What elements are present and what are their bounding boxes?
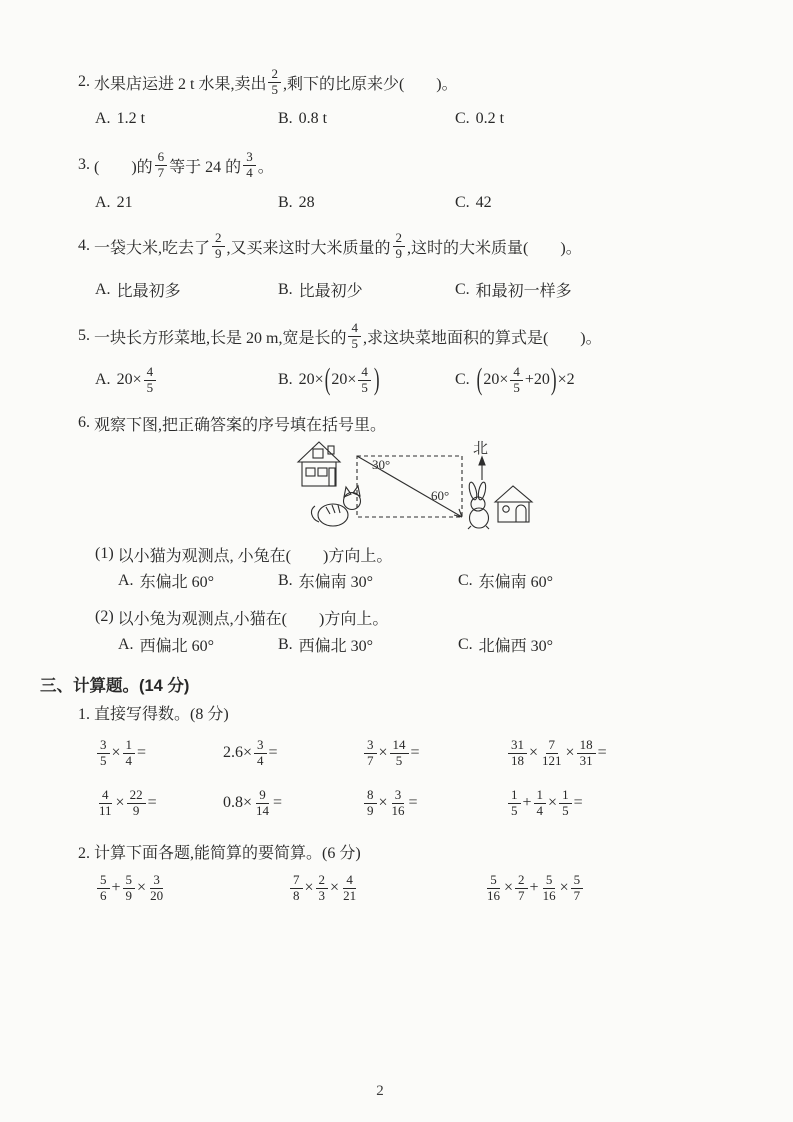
fraction: 516 xyxy=(541,873,558,904)
fraction: 45 xyxy=(348,321,361,352)
calc-item: 411×229= xyxy=(95,781,157,825)
text-run: = xyxy=(148,794,157,812)
option-value: 西偏北 30° xyxy=(299,633,373,656)
section-3-heading: 三、计算题。(14 分) xyxy=(40,672,189,696)
question-number: 4. xyxy=(78,237,90,255)
text-run: × xyxy=(560,879,569,897)
option-value: 42 xyxy=(476,194,492,212)
north-arrow-icon xyxy=(479,457,485,480)
question-text: 观察下图,把正确答案的序号填在括号里。 xyxy=(94,412,386,435)
fraction: 3118 xyxy=(508,738,527,769)
fraction: 229 xyxy=(127,788,146,819)
fraction: 78 xyxy=(290,873,303,904)
calc-item: 35×14= xyxy=(95,731,146,775)
worksheet-page: 2. 水果店运进 2 t 水果,卖出25,剩下的比原来少( )。 A. 1.2 … xyxy=(0,0,793,1122)
angle-bottom-label: 60° xyxy=(431,488,449,503)
fraction: 89 xyxy=(364,788,377,819)
house-icon-right xyxy=(495,486,532,522)
text-run: ,求这块菜地面积的算式是( )。 xyxy=(363,325,602,348)
text-run: 东偏南 60° xyxy=(479,569,553,592)
option-value: 比最初少 xyxy=(299,278,363,301)
question-6-2-stem: (2) 以小兔为观测点,小猫在( )方向上。 xyxy=(95,606,388,628)
calc-item: 37×145= xyxy=(362,731,420,775)
text-run: 东偏北 60° xyxy=(140,569,214,592)
text-run: 0.8× xyxy=(223,794,252,812)
option-c: C. 42 xyxy=(455,194,492,212)
text-run: + xyxy=(112,879,121,897)
question-text: 一袋大米,吃去了29,又买来这时大米质量的29,这时的大米质量( )。 xyxy=(94,231,582,262)
question-number: 2. xyxy=(78,73,90,91)
question-number: 6. xyxy=(78,414,90,432)
question-3-options: A. 21 B. 28 C. 42 xyxy=(95,194,492,212)
fraction: 320 xyxy=(148,873,165,904)
text-run: + xyxy=(523,794,532,812)
question-text: 以小兔为观测点,小猫在( )方向上。 xyxy=(118,606,389,629)
text-run: × xyxy=(379,794,388,812)
text-run: × xyxy=(548,794,557,812)
option-c: C. (20×45+20)×2 xyxy=(455,365,575,396)
text-run: 20× xyxy=(117,371,142,389)
option-value: 西偏北 60° xyxy=(140,633,214,656)
question-text: 以小猫为观测点, 小兔在( )方向上。 xyxy=(118,543,393,566)
text-run: × xyxy=(379,744,388,762)
text-run: 21 xyxy=(117,194,133,212)
text-run: 比最初多 xyxy=(117,278,181,301)
option-b: B. 0.8 t xyxy=(278,110,455,128)
fraction: 421 xyxy=(341,873,358,904)
text-run: 28 xyxy=(299,194,315,212)
fraction: 29 xyxy=(212,231,225,262)
option-label: C. xyxy=(455,371,470,389)
option-label: B. xyxy=(278,110,293,128)
calc-item: 56+59×320 xyxy=(95,866,167,910)
text-run: 20× xyxy=(299,371,324,389)
text-run: + xyxy=(530,879,539,897)
option-label: A. xyxy=(95,110,111,128)
question-text: ( )的67等于 24 的34。 xyxy=(94,150,274,181)
text-run: 水果店运进 2 t 水果,卖出 xyxy=(94,71,266,94)
text-run: 以小兔为观测点,小猫在( )方向上。 xyxy=(118,606,389,629)
option-label: C. xyxy=(455,110,470,128)
text-run: × xyxy=(566,744,575,762)
big-paren: ( xyxy=(477,362,483,398)
text-run: × xyxy=(112,744,121,762)
fraction: 45 xyxy=(144,365,157,396)
text-run: × xyxy=(116,794,125,812)
fraction: 14 xyxy=(534,788,547,819)
text-run: = xyxy=(409,794,418,812)
option-value: 东偏南 30° xyxy=(299,569,373,592)
text-run: × xyxy=(305,879,314,897)
text-run: ×2 xyxy=(558,371,575,389)
option-label: C. xyxy=(455,281,470,299)
north-label: 北 xyxy=(473,440,488,457)
fraction: 145 xyxy=(390,738,409,769)
fraction: 34 xyxy=(243,150,256,181)
option-value: 和最初一样多 xyxy=(476,278,572,301)
text-run: 等于 24 的 xyxy=(169,154,241,177)
text-run: 和最初一样多 xyxy=(476,278,572,301)
option-c: C. 0.2 t xyxy=(455,110,504,128)
text-run: = xyxy=(273,794,282,812)
text-run: ( )的 xyxy=(94,154,153,177)
calc-item: 0.8×914= xyxy=(223,781,282,825)
question-6-stem: 6. 观察下图,把正确答案的序号填在括号里。 xyxy=(78,412,386,434)
text-run: 一块长方形菜地,长是 20 m,宽是长的 xyxy=(94,325,346,348)
text-run: = xyxy=(411,744,420,762)
text-run: = xyxy=(269,744,278,762)
option-label: B. xyxy=(278,572,293,590)
question-text: 水果店运进 2 t 水果,卖出25,剩下的比原来少( )。 xyxy=(94,67,458,98)
question-6-1-options: A. 东偏北 60° B. 东偏南 30° C. 东偏南 60° xyxy=(118,569,553,592)
direction-diagram: 30° 60° 北 xyxy=(292,438,547,533)
fraction: 56 xyxy=(97,873,110,904)
option-value: 28 xyxy=(299,194,315,212)
option-a: A. 东偏北 60° xyxy=(118,569,278,592)
fraction: 34 xyxy=(254,738,267,769)
fraction: 59 xyxy=(123,873,136,904)
option-b: B. 28 xyxy=(278,194,455,212)
fraction: 516 xyxy=(485,873,502,904)
text-run: 西偏北 30° xyxy=(299,633,373,656)
text-run: 20× xyxy=(483,371,508,389)
calc-item: 3118×7121×1831= xyxy=(506,731,607,775)
question-5-options: A. 20×45 B. 20×(20×45) C. (20×45+20)×2 xyxy=(95,358,575,402)
option-a: A. 比最初多 xyxy=(95,278,278,301)
fraction: 45 xyxy=(358,365,371,396)
angle-top-label: 30° xyxy=(372,457,390,472)
text-run: 东偏南 30° xyxy=(299,569,373,592)
option-label: C. xyxy=(458,572,473,590)
option-label: A. xyxy=(95,281,111,299)
option-c: C. 东偏南 60° xyxy=(458,569,553,592)
option-label: B. xyxy=(278,281,293,299)
fraction: 29 xyxy=(393,231,406,262)
question-5-stem: 5. 一块长方形菜地,长是 20 m,宽是长的45,求这块菜地面积的算式是( )… xyxy=(78,314,602,358)
option-value: 北偏西 30° xyxy=(479,633,553,656)
option-value: 东偏北 60° xyxy=(140,569,214,592)
option-c: C. 北偏西 30° xyxy=(458,633,553,656)
question-4-options: A. 比最初多 B. 比最初少 C. 和最初一样多 xyxy=(95,278,572,301)
text-run: 观察下图,把正确答案的序号填在括号里。 xyxy=(94,412,386,435)
fraction: 35 xyxy=(97,738,110,769)
question-2-stem: 2. 水果店运进 2 t 水果,卖出25,剩下的比原来少( )。 xyxy=(78,60,458,104)
page-number: 2 xyxy=(355,1083,405,1100)
text-run: ,这时的大米质量( )。 xyxy=(407,235,582,258)
option-value: 21 xyxy=(117,194,133,212)
option-label: B. xyxy=(278,194,293,212)
fraction: 37 xyxy=(364,738,377,769)
option-a: A. 1.2 t xyxy=(95,110,278,128)
rabbit-icon xyxy=(468,481,489,529)
text-run: 比最初少 xyxy=(299,278,363,301)
calc-item: 2.6×34= xyxy=(223,731,278,775)
fraction: 1831 xyxy=(577,738,596,769)
fraction: 67 xyxy=(155,150,168,181)
calc-item: 516×27+516×57 xyxy=(483,866,585,910)
text-run: = xyxy=(137,744,146,762)
question-number: 3. xyxy=(78,156,90,174)
option-label: B. xyxy=(278,636,293,654)
fraction: 7121 xyxy=(540,738,564,769)
question-6-2-options: A. 西偏北 60° B. 西偏北 30° C. 北偏西 30° xyxy=(118,633,553,656)
fraction: 15 xyxy=(508,788,521,819)
question-4-stem: 4. 一袋大米,吃去了29,又买来这时大米质量的29,这时的大米质量( )。 xyxy=(78,224,582,268)
option-label: B. xyxy=(278,371,293,389)
option-c: C. 和最初一样多 xyxy=(455,278,572,301)
fraction: 15 xyxy=(559,788,572,819)
question-6-1-stem: (1) 以小猫为观测点, 小兔在( )方向上。 xyxy=(95,543,392,565)
text-run: = xyxy=(574,794,583,812)
text-run: 0.2 t xyxy=(476,110,504,128)
question-text: 一块长方形菜地,长是 20 m,宽是长的45,求这块菜地面积的算式是( )。 xyxy=(94,321,602,352)
text-run: 2.6× xyxy=(223,744,252,762)
text-run: 20× xyxy=(331,371,356,389)
text-run: × xyxy=(529,744,538,762)
subquestion-number: (1) xyxy=(95,545,114,563)
option-a: A. 西偏北 60° xyxy=(118,633,278,656)
text-run: × xyxy=(137,879,146,897)
text-run: 以小猫为观测点, 小兔在( )方向上。 xyxy=(118,543,393,566)
fraction: 27 xyxy=(515,873,528,904)
fraction: 25 xyxy=(268,67,281,98)
fraction: 57 xyxy=(571,873,584,904)
text-run: ,又买来这时大米质量的 xyxy=(227,235,391,258)
option-value: 1.2 t xyxy=(117,110,145,128)
calc-item: 15+14×15= xyxy=(506,781,583,825)
text-run: ,剩下的比原来少( )。 xyxy=(283,71,458,94)
text-run: 一袋大米,吃去了 xyxy=(94,235,210,258)
option-b: B. 东偏南 30° xyxy=(278,569,458,592)
house-icon-left xyxy=(298,442,340,486)
calc-item: 89×316= xyxy=(362,781,418,825)
text-run: 42 xyxy=(476,194,492,212)
text-run: × xyxy=(330,879,339,897)
option-value: 0.8 t xyxy=(299,110,327,128)
option-a: A. 20×45 xyxy=(95,365,278,396)
text-run: × xyxy=(504,879,513,897)
option-b: B. 20×(20×45) xyxy=(278,365,455,396)
fraction: 316 xyxy=(390,788,407,819)
option-b: B. 比最初少 xyxy=(278,278,455,301)
big-paren: ) xyxy=(374,362,380,398)
text-run: 西偏北 60° xyxy=(140,633,214,656)
option-label: C. xyxy=(458,636,473,654)
text-run: 1.2 t xyxy=(117,110,145,128)
option-value: 东偏南 60° xyxy=(479,569,553,592)
text-run: 。 xyxy=(258,154,274,177)
option-b: B. 西偏北 30° xyxy=(278,633,458,656)
option-value: (20×45+20)×2 xyxy=(476,365,575,396)
option-value: 20×(20×45) xyxy=(299,365,381,396)
text-run: +20 xyxy=(525,371,550,389)
fraction: 914 xyxy=(254,788,271,819)
option-value: 20×45 xyxy=(117,365,159,396)
option-label: A. xyxy=(95,371,111,389)
fraction: 23 xyxy=(316,873,329,904)
option-value: 0.2 t xyxy=(476,110,504,128)
text-run: 北偏西 30° xyxy=(479,633,553,656)
option-label: A. xyxy=(118,636,134,654)
fraction: 411 xyxy=(97,788,114,819)
option-label: A. xyxy=(118,572,134,590)
fraction: 14 xyxy=(123,738,136,769)
subquestion-number: (2) xyxy=(95,608,114,626)
option-a: A. 21 xyxy=(95,194,278,212)
fraction: 45 xyxy=(510,365,523,396)
option-label: C. xyxy=(455,194,470,212)
part-2-title: 2. 计算下面各题,能简算的要简算。(6 分) xyxy=(78,840,361,863)
part-1-title: 1. 直接写得数。(8 分) xyxy=(78,701,229,724)
question-number: 5. xyxy=(78,327,90,345)
question-3-stem: 3. ( )的67等于 24 的34。 xyxy=(78,143,274,187)
option-value: 比最初多 xyxy=(117,278,181,301)
text-run: = xyxy=(598,744,607,762)
calc-item: 78×23×421 xyxy=(288,866,360,910)
big-paren: ( xyxy=(325,362,331,398)
text-run: 0.8 t xyxy=(299,110,327,128)
cat-icon xyxy=(312,486,361,526)
option-label: A. xyxy=(95,194,111,212)
big-paren: ) xyxy=(551,362,557,398)
question-2-options: A. 1.2 t B. 0.8 t C. 0.2 t xyxy=(95,110,504,128)
